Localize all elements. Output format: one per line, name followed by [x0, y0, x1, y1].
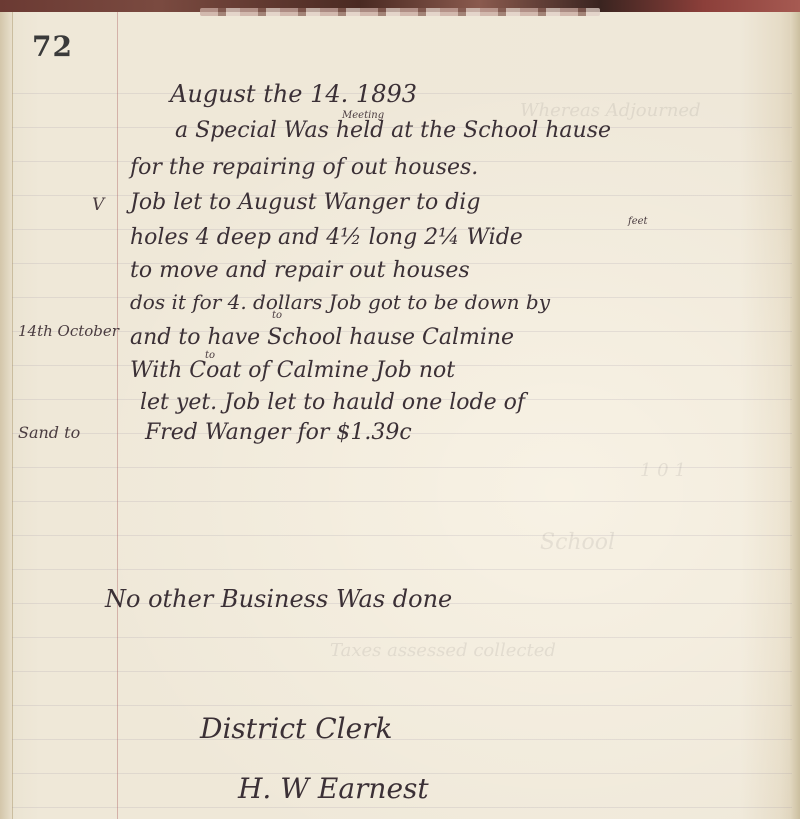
torn-binding-edge — [200, 8, 600, 16]
signature-title: District Clerk — [200, 712, 393, 745]
bleed-through-text: Taxes assessed collected — [330, 640, 556, 661]
page-number: 72 — [32, 30, 73, 63]
closing-statement: No other Business Was done — [105, 585, 452, 613]
minutes-line-1: a Special Was held at the School hause — [175, 118, 611, 143]
superscript-insertion: to — [272, 310, 282, 321]
margin-note-date: 14th October — [18, 322, 119, 340]
bleed-through-text: 1 0 1 — [640, 460, 686, 481]
minutes-line-8: With Coat of Calmine Job not — [130, 358, 455, 383]
ledger-page: Whereas Adjourned 1 0 1 School Taxes ass… — [0, 0, 800, 819]
meeting-date: August the 14. 1893 — [170, 80, 417, 108]
superscript-insertion: feet — [628, 216, 648, 227]
minutes-line-4: holes 4 deep and 4½ long 2¼ Wide — [130, 225, 523, 250]
minutes-line-10: Fred Wanger for $1.39c — [145, 420, 412, 445]
bleed-through-text: School — [540, 530, 615, 555]
minutes-line-5: to move and repair out houses — [130, 258, 470, 283]
minutes-line-2: for the repairing of out houses. — [130, 155, 478, 180]
minutes-line-6: dos it for 4. dollars Job got to be down… — [130, 290, 550, 314]
minutes-line-7: and to have School hause Calmine — [130, 325, 514, 350]
margin-note-sand: Sand to — [18, 423, 80, 442]
margin-rule — [117, 12, 118, 819]
signature-name: H. W Earnest — [238, 772, 429, 805]
minutes-line-3: Job let to August Wanger to dig — [130, 190, 480, 215]
margin-checkmark: V — [92, 195, 104, 215]
minutes-line-9: let yet. Job let to hauld one lode of — [140, 390, 525, 415]
